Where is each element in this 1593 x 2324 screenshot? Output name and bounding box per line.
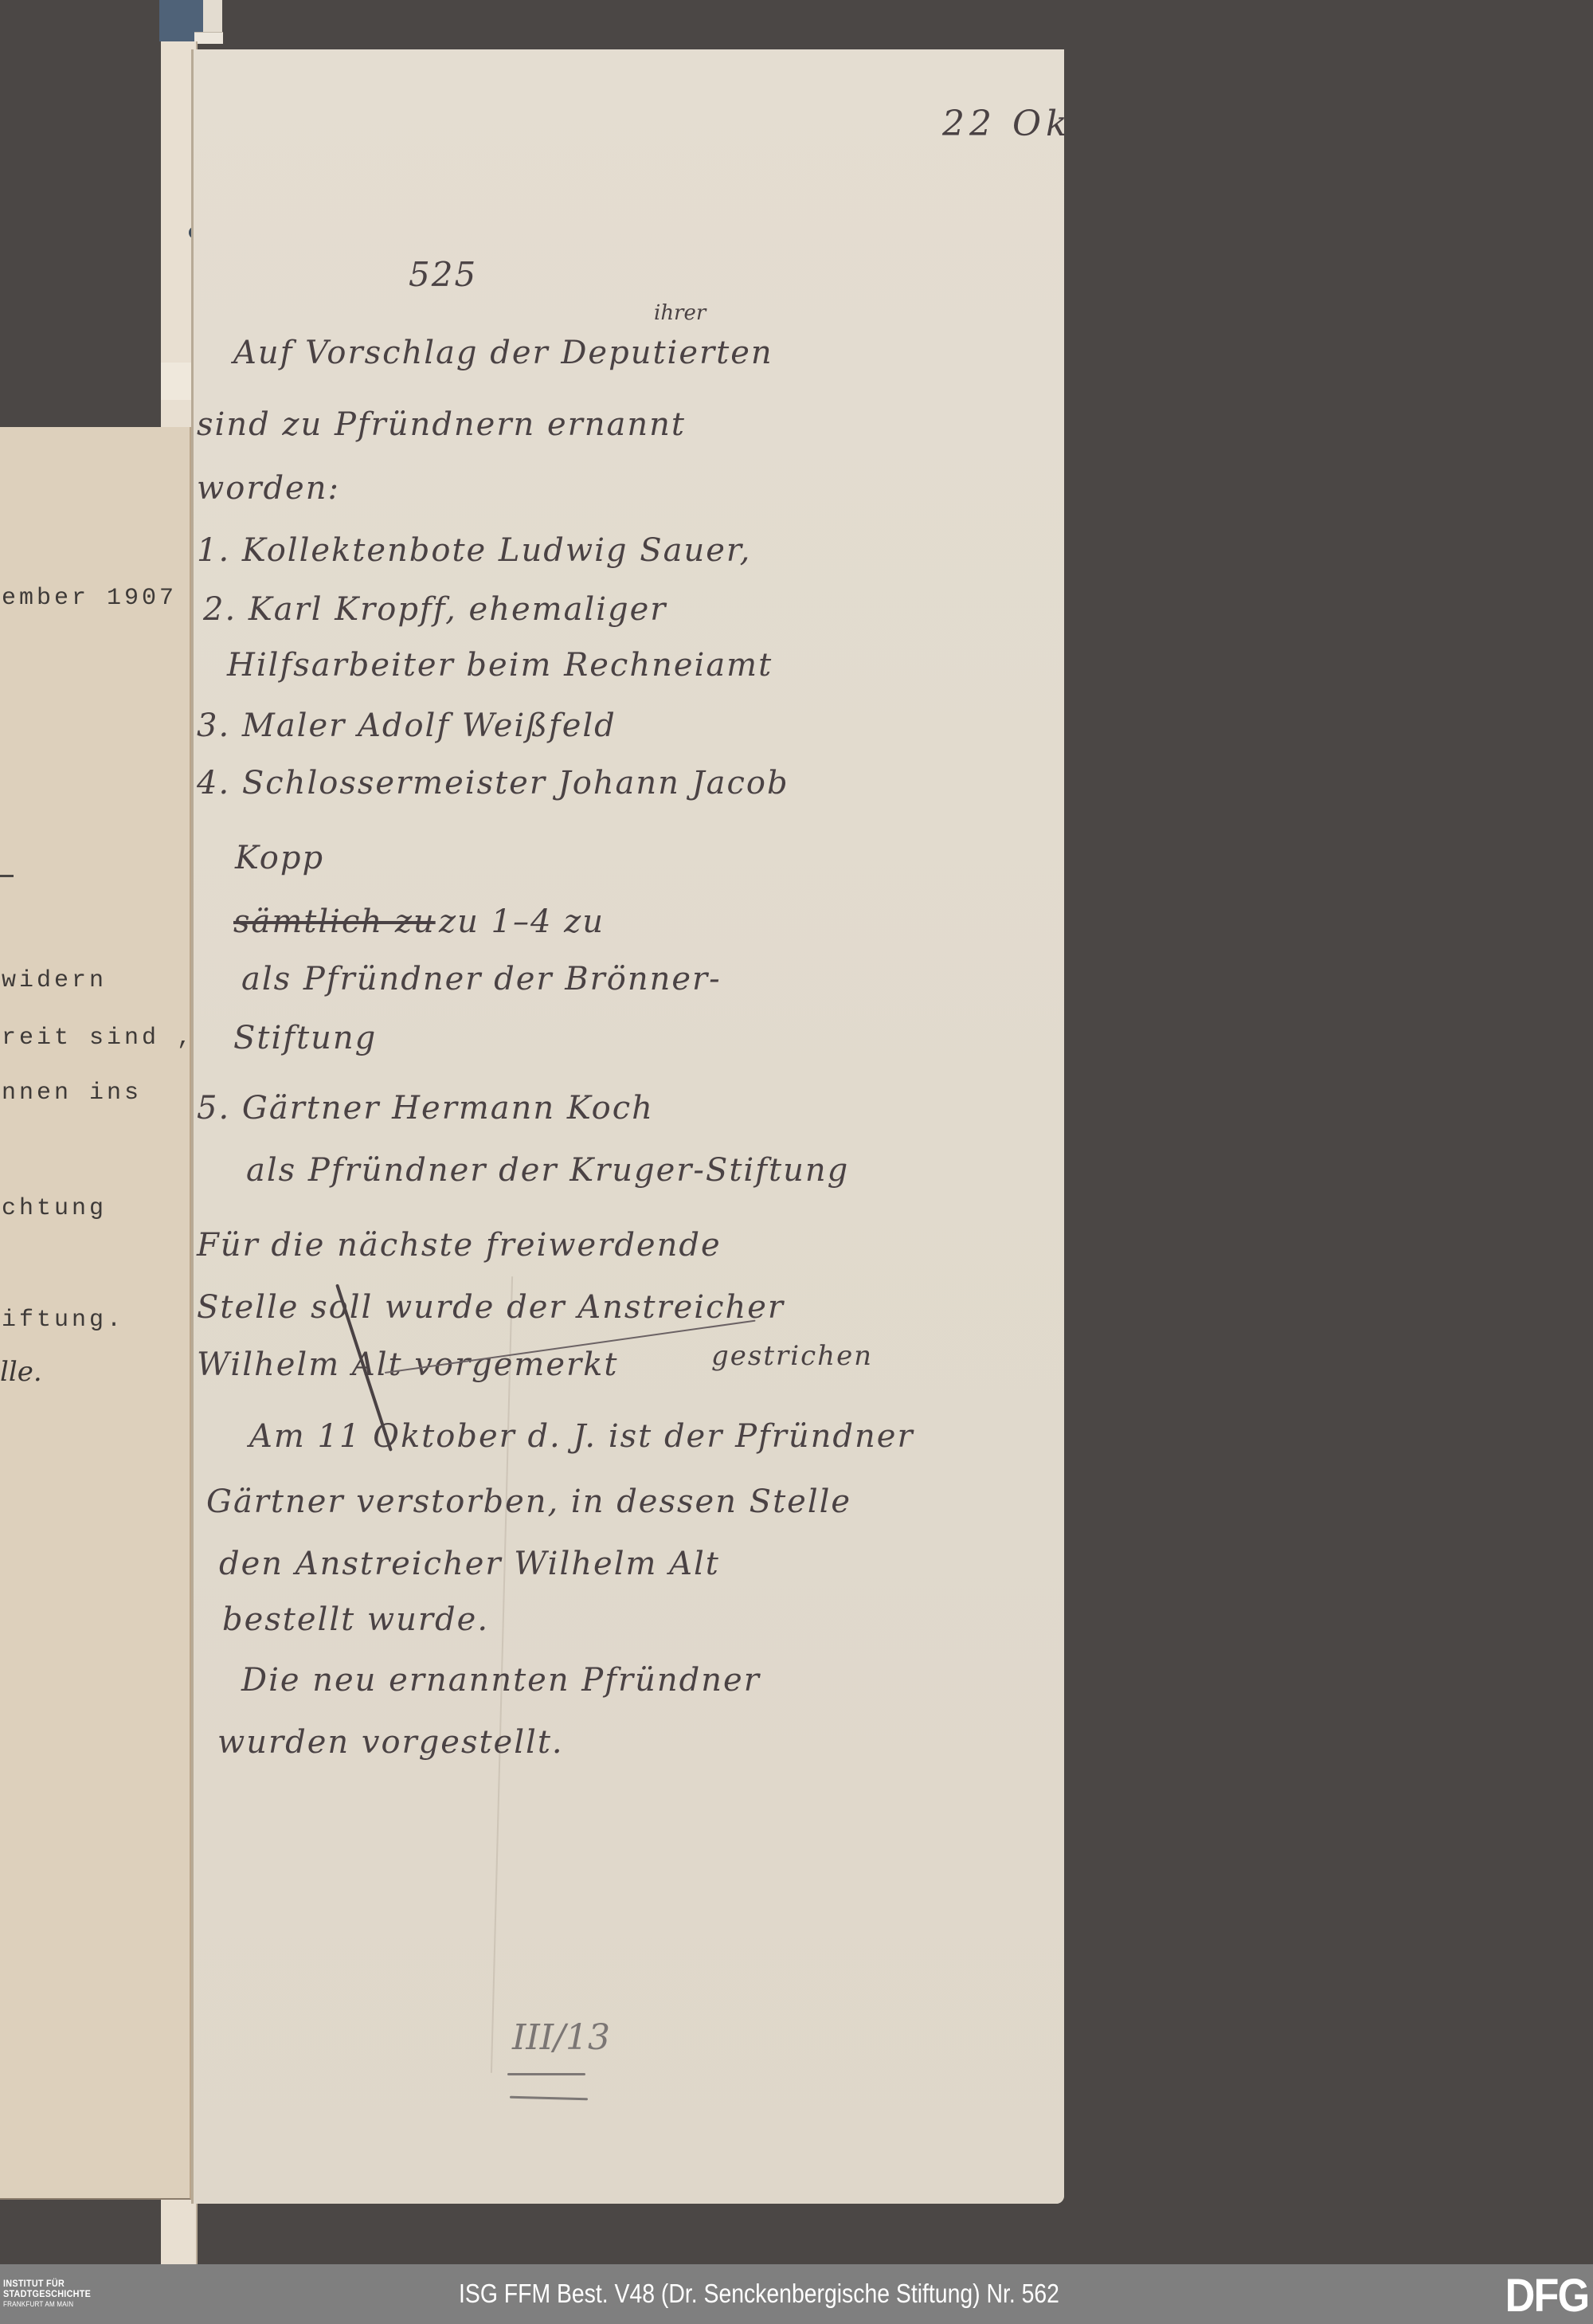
handwritten-line: den Anstreicher Wilhelm Alt — [219, 1546, 720, 1582]
list-item-1: 1. Kollektenbote Ludwig Sauer, — [197, 532, 751, 569]
typed-letter-sheet: ember 1907 widern reit sind , nnen ins c… — [0, 427, 191, 2200]
handwritten-line: zu 1–4 zu — [439, 903, 605, 940]
inserted-word: ihrer — [654, 301, 706, 325]
archive-footer-bar: INSTITUT FÜR STADTGESCHICHTE FRANKFURT A… — [0, 2264, 1593, 2324]
typed-letter-signature-fragment: lle. — [0, 1356, 42, 1388]
handwritten-line: Für die nächste freiwerdende — [197, 1227, 722, 1264]
handwritten-date: 22 Oktober 1907 — [942, 104, 1064, 144]
entry-number: 525 — [409, 255, 477, 294]
handwritten-line: Am 11 Oktober d. J. ist der Pfründner — [249, 1418, 914, 1455]
list-item-2: 2. Karl Kropff, ehemaliger — [203, 591, 667, 628]
typed-line: widern — [2, 967, 107, 994]
list-item-4-cont: Kopp — [235, 840, 324, 876]
handwritten-sheet: 22 Oktober 1907 525 ihrer Auf Vorschlag … — [191, 49, 1064, 2204]
pencil-underline — [507, 2073, 585, 2075]
list-item-2-cont: Hilfsarbeiter beim Rechneiamt — [227, 647, 773, 684]
handwritten-line: Die neu ernannten Pfründner — [241, 1662, 761, 1699]
handwritten-line: als Pfründner der Kruger-Stiftung — [246, 1152, 849, 1189]
typed-line-date: ember 1907 — [2, 585, 177, 612]
list-item-5: 5. Gärtner Hermann Koch — [197, 1090, 654, 1127]
top-paper-slip-tab — [194, 32, 223, 44]
scanned-archive-image: ember 1907 widern reit sind , nnen ins c… — [0, 0, 1593, 2264]
archive-citation: ISG FFM Best. V48 (Dr. Senckenbergische … — [459, 2279, 1059, 2309]
institute-logo: INSTITUT FÜR STADTGESCHICHTE FRANKFURT A… — [3, 2279, 100, 2310]
handwritten-line: bestellt wurde. — [222, 1601, 489, 1638]
handwritten-line: worden: — [197, 470, 340, 507]
dfg-logo: DFG — [1505, 2274, 1588, 2318]
typed-dash — [0, 875, 14, 877]
handwritten-line: sind zu Pfründnern ernannt — [197, 406, 686, 443]
handwritten-line: Stelle soll wurde der Anstreicher — [197, 1289, 785, 1326]
handwritten-line: Wilhelm Alt vorgemerkt — [197, 1346, 618, 1383]
handwritten-line: wurden vorgestellt. — [217, 1724, 564, 1761]
typed-line: chtung — [2, 1195, 107, 1222]
list-item-4: 4. Schlossermeister Johann Jacob — [197, 765, 789, 801]
institute-name-line2: STADTGESCHICHTE — [3, 2289, 91, 2299]
typed-line: nnen ins — [2, 1080, 142, 1107]
paper-surface — [194, 49, 1064, 2204]
pencil-reference: III/13 — [512, 2017, 610, 2058]
handwritten-line: Gärtner verstorben, in dessen Stelle — [206, 1483, 851, 1520]
struck-phrase: sämtlich zu — [233, 903, 436, 940]
institute-city: FRANKFURT AM MAIN — [3, 2299, 91, 2310]
margin-note-gestrichen: gestrichen — [711, 1340, 873, 1372]
handwritten-line: als Pfründner der Brönner- — [241, 961, 722, 997]
typed-line: reit sind , — [2, 1025, 194, 1052]
handwritten-line: Auf Vorschlag der Deputierten — [233, 335, 773, 371]
typed-line: iftung. — [2, 1307, 124, 1334]
list-item-3: 3. Maler Adolf Weißfeld — [197, 707, 616, 744]
handwritten-line: Stiftung — [233, 1020, 377, 1056]
